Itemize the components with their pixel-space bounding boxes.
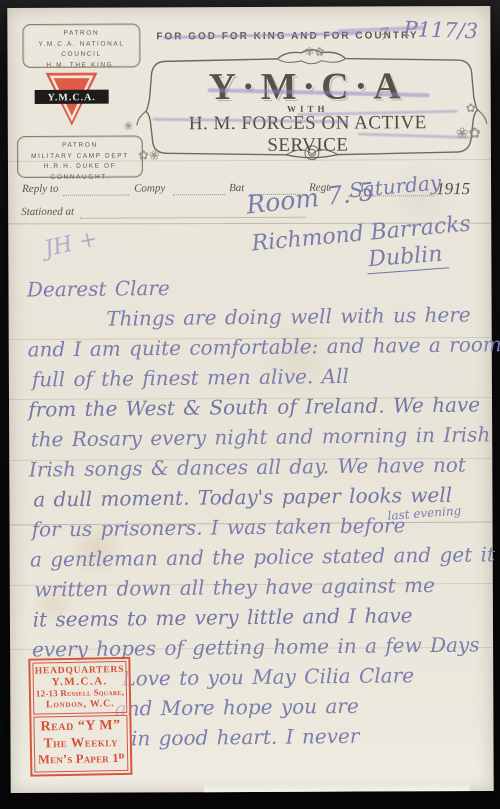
patron-military-box: PATRON MILITARY CAMP DEPT H.R.H. DUKE OF… <box>17 135 143 178</box>
patron-name: H.R.H. DUKE OF CONNAUGHT. <box>18 162 142 184</box>
patron-label: PATRON <box>23 28 139 39</box>
stamp-read-section: Read “Y M” The Weekly Men’s Paper 1ᴰ <box>33 715 128 773</box>
patron-dept: MILITARY CAMP DEPT <box>18 151 142 162</box>
stamp-hq-section: HEADQUARTERS Y.M.C.A. 12-13 Russell Squa… <box>32 661 127 715</box>
patron-national-box: PATRON Y.M.C.A. NATIONAL COUNCIL H.M. TH… <box>22 23 140 68</box>
ymca-triangle-logo-icon: Y.M.C.A. <box>33 70 111 130</box>
stamp-hq-city: London, W.C. <box>34 698 126 711</box>
dotted-line <box>63 195 129 196</box>
svg-text:Y.M.C.A.: Y.M.C.A. <box>48 92 96 103</box>
leaf-ornament-icon: ✾✿ <box>304 45 324 60</box>
patron-label: PATRON <box>18 140 142 151</box>
dotted-line <box>80 217 306 219</box>
flower-ornament-icon: ❀ <box>124 120 133 133</box>
form-label-stationed-at: Stationed at <box>21 206 74 218</box>
handwritten-room: Room 7. 5 <box>245 177 376 220</box>
pencil-scribble: JH + <box>42 226 100 262</box>
form-label-reply-to: Reply to <box>22 183 58 195</box>
stamp-read-weekly: The Weekly <box>35 734 127 753</box>
headquarters-stamp: HEADQUARTERS Y.M.C.A. 12-13 Russell Squa… <box>28 657 132 777</box>
stamp-read-paper: Men’s Paper 1ᴰ <box>35 751 127 768</box>
form-label-bat: Bat <box>229 182 244 194</box>
letter-page: FOR GOD FOR KING AND FOR COUNTRY P117/3 … <box>7 6 493 793</box>
archive-reference: P117/3 <box>403 17 478 43</box>
patron-org: Y.M.C.A. NATIONAL COUNCIL <box>23 39 139 61</box>
stamp-read-title: Read “Y M” <box>34 718 126 736</box>
scanner-background: FOR GOD FOR KING AND FOR COUNTRY P117/3 … <box>0 0 500 809</box>
handwritten-city: Dublin <box>365 241 449 274</box>
dotted-line <box>173 194 225 195</box>
form-label-compy: Compy <box>134 182 165 194</box>
